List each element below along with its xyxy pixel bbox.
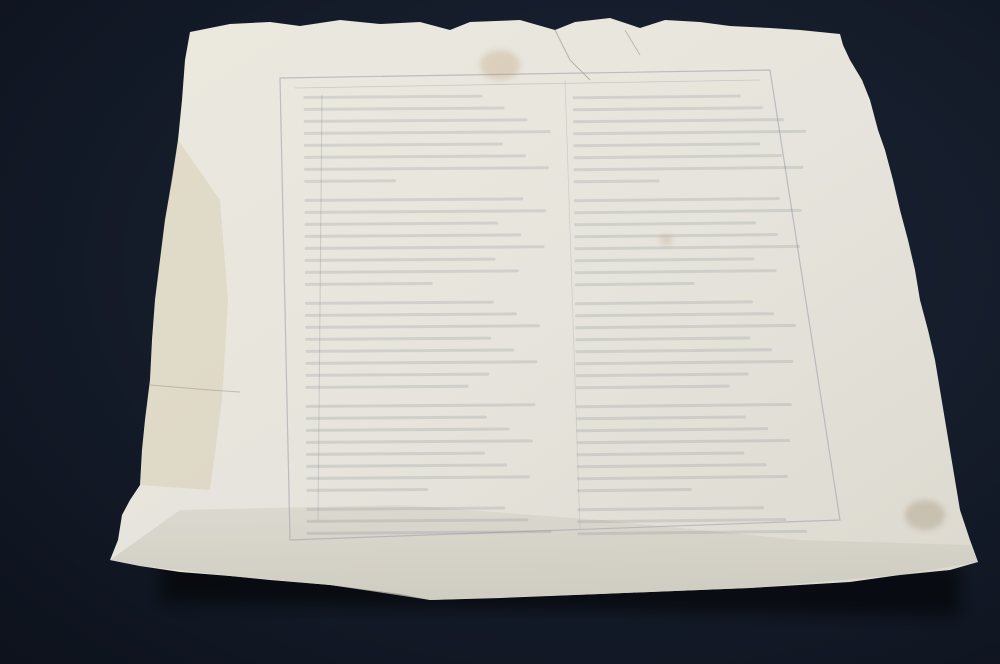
- illegible-text-line: [304, 197, 523, 202]
- illegible-text-line: [576, 415, 746, 420]
- illegible-text-line: [304, 179, 396, 183]
- paper-sheet: [0, 0, 1000, 664]
- illegible-text-line: [574, 197, 780, 202]
- illegible-text-line: [305, 348, 514, 352]
- illegible-text-line: [576, 427, 768, 432]
- illegible-text-line: [306, 439, 533, 444]
- illegible-text-line: [303, 95, 482, 99]
- illegible-text-line: [575, 324, 796, 329]
- illegible-text-line: [575, 336, 750, 341]
- illegible-text-line: [573, 142, 760, 147]
- illegible-text-line: [574, 245, 800, 250]
- illegible-text-line: [577, 506, 764, 511]
- illegible-text-line: [577, 488, 692, 492]
- illegible-text-line: [576, 451, 744, 456]
- illegible-text-line: [305, 324, 540, 329]
- illegible-text-line: [304, 130, 551, 135]
- illegible-text-line: [573, 154, 782, 159]
- illegible-text-line: [574, 233, 778, 238]
- illegible-text-line: [573, 130, 806, 135]
- illegible-text-line: [306, 463, 507, 467]
- illegible-text-line: [304, 154, 526, 159]
- stain-top: [480, 50, 520, 80]
- illegible-text-line: [306, 416, 487, 420]
- illegible-text-line: [306, 488, 428, 492]
- illegible-text-line: [574, 257, 754, 262]
- illegible-text-line: [304, 118, 528, 123]
- right-text-column: [573, 94, 818, 536]
- illegible-text-line: [305, 282, 433, 286]
- illegible-text-line: [577, 463, 767, 468]
- illegible-text-line: [575, 300, 753, 305]
- illegible-text-line: [574, 179, 660, 183]
- illegible-text-line: [573, 166, 803, 171]
- illegible-text-line: [577, 518, 786, 523]
- illegible-text-line: [575, 282, 695, 286]
- illegible-text-line: [305, 360, 537, 365]
- illegible-text-line: [304, 106, 505, 110]
- illegible-text-line: [575, 312, 774, 317]
- illegible-text-line: [573, 95, 741, 100]
- illegible-text-line: [306, 403, 536, 408]
- illegible-text-line: [305, 269, 519, 273]
- illegible-text-line: [304, 143, 503, 147]
- illegible-text-line: [575, 360, 793, 365]
- illegible-text-line: [576, 372, 749, 377]
- illegible-text-line: [304, 233, 521, 238]
- illegible-text-line: [575, 269, 777, 274]
- illegible-text-line: [575, 348, 772, 353]
- illegible-text-line: [306, 506, 505, 510]
- illegible-text-line: [304, 222, 498, 226]
- illegible-text-line: [573, 106, 763, 111]
- illegible-text-line: [576, 439, 790, 444]
- illegible-text-line: [576, 403, 792, 408]
- illegible-text-line: [305, 258, 496, 262]
- illegible-text-line: [306, 452, 485, 456]
- illegible-text-line: [305, 373, 489, 377]
- illegible-text-line: [305, 337, 491, 341]
- illegible-text-line: [573, 118, 784, 123]
- illegible-text-line: [305, 385, 468, 389]
- illegible-text-line: [305, 245, 545, 250]
- illegible-text-line: [306, 518, 528, 523]
- illegible-text-line: [307, 530, 552, 535]
- illegible-text-line: [305, 301, 494, 305]
- illegible-text-line: [574, 209, 802, 214]
- left-text-column: [303, 94, 561, 536]
- illegible-text-line: [576, 385, 730, 390]
- illegible-text-line: [306, 475, 530, 480]
- illegible-text-line: [304, 209, 546, 214]
- illegible-text-line: [304, 166, 549, 171]
- illegible-text-line: [306, 427, 510, 431]
- stain-right-bottom: [905, 500, 945, 530]
- illegible-text-line: [305, 312, 517, 316]
- illegible-text-line: [574, 221, 756, 226]
- illegible-text-line: [577, 475, 788, 480]
